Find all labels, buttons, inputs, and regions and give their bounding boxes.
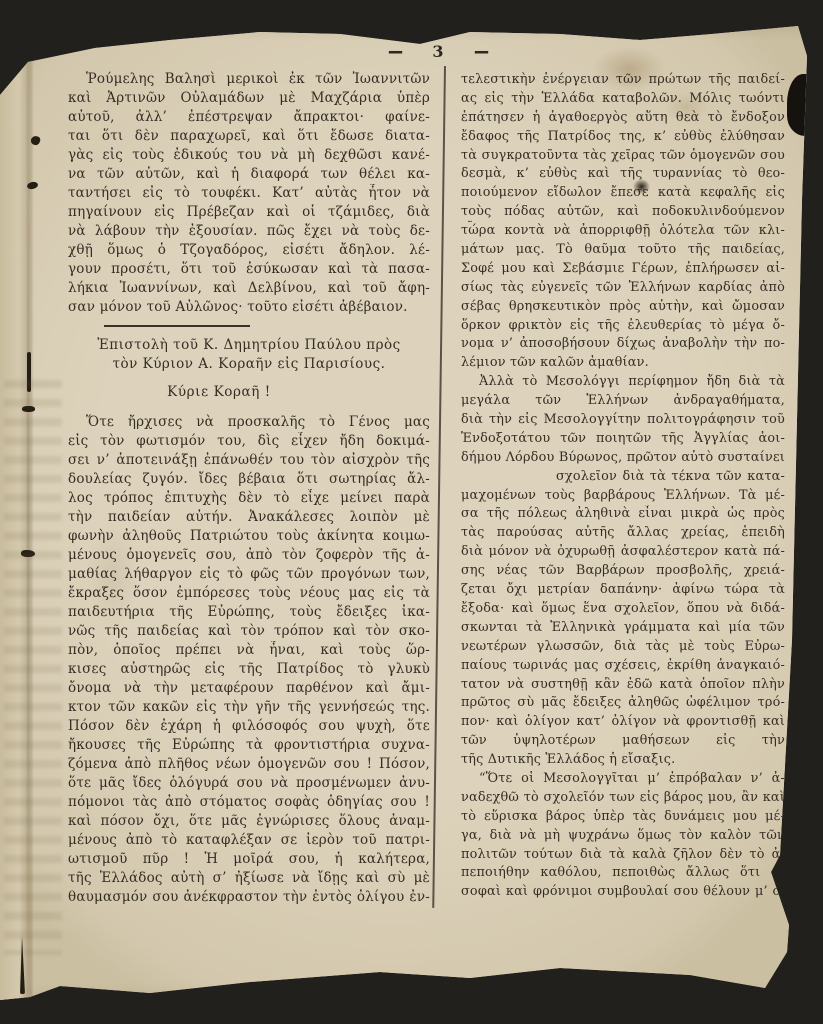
text-line: τατον νὰ συστηθῇ κἂν ἐδῶ κατὰ ὁποῖον πλὴ…: [461, 676, 785, 695]
text-line: γουν προσέτι, ὅτι τοῦ ἐσύκωσαν καὶ τὰ πα…: [68, 260, 430, 279]
text-line: τῆς Ἑλλάδος αὐτὴ σ’ ἠξίωσε νὰ ἴδῃς καὶ σ…: [68, 869, 430, 888]
text-line: παιδευτήρια τῆς Εὐρώπης, τοὺς ἔδειξες ἱκ…: [68, 603, 430, 622]
text-line: τὰς παρούσας αὐτῆς ἄλλας χρείας, ἐπειδὴ: [461, 524, 785, 543]
text-line: δεσμὰ, κ’ εὐθὺς καὶ τῆς τυραννίας τὸ θεο…: [461, 165, 785, 184]
text-line: νῶς τῆς παιδείας καὶ τὸν τρόπον καὶ τὸν …: [68, 622, 430, 641]
left-paragraph-1: Ῥούμελης Βαλησὶ μερικοὶ ἐκ τῶν Ἰωαννιτῶν…: [68, 70, 430, 317]
text-line: φωνὴν ἀληθοῦς Πατριώτου τοὺς ἀκίνητα κοι…: [68, 527, 430, 546]
text-line: νομα ν’ ἀποσοβήσουν δίχως ἀναβολὴν τὴν π…: [461, 335, 785, 354]
page-number-dash-left: —: [388, 38, 402, 63]
text-line: πὸν, ὁποῖος πρέπει νὰ ἦναι, καὶ τοὺς ὥρ-: [68, 641, 430, 660]
right-paragraph-1: τελεστικὴν ἐνέργειαν τῶν πρώτων τῆς παιδ…: [461, 71, 785, 373]
right-paragraph-3: “Ὅτε οἱ Μεσολογγῖται μ’ ἐπρόβαλαν ν’ ἀ-ν…: [461, 770, 785, 902]
text-line: ἐπάτησεν ἡ ἀγαθοεργὸς αὕτη θεὰ τὸ ἔνδοξο…: [461, 109, 785, 128]
column-divider-rule: [432, 66, 446, 908]
text-line: μαχομένων τοὺς βαρβάρους Ἑλλήνων. Τὰ μέ-: [461, 487, 785, 506]
text-line: τῆς Δυτικῆς Ἑλλάδος ἡ εἴσαξις.: [461, 751, 785, 770]
text-line: ας εἰς τὴν Ἑλλάδα καταβολῶν. Μόλις τωόντ…: [461, 90, 785, 109]
text-line: γα, διὰ νὰ μὴ ψυχράνω ὅμως τὸν καλὸν τῶν: [461, 827, 785, 846]
text-line: σοφαὶ καὶ φρόνιμοι συμβουλαί σου θέλουν …: [461, 883, 785, 902]
page-number-dash-right: —: [474, 38, 488, 63]
text-line: Ῥούμελης Βαλησὶ μερικοὶ ἐκ τῶν Ἰωαννιτῶν: [68, 70, 430, 89]
text-line: λος τρόπος ἐπιτυχὴς δὲν τὸ εἶχε μείνει π…: [68, 489, 430, 508]
text-line: μένους ἀπὸ τὸ καταφλέξαν σε ἱερὸν τοῦ πα…: [68, 831, 430, 850]
text-line: διὰ τὴν εἰς Μεσολογγίτην πολιτογράφησιν …: [461, 411, 785, 430]
text-line: ἔξοδα· καὶ ὅμως ἕνα σχολεῖον, ὅπου νὰ δι…: [461, 600, 785, 619]
text-line: κτον τῶν κακῶν εἰς τὴν γῆν τῆς γεννήσεώς…: [68, 698, 430, 717]
text-line: ναδεχθῶ τὸ σχολεῖόν των εἰς βάρος μου, ἂ…: [461, 789, 785, 808]
text-line: πεποιήθην καθόλου, πεποιθὼς ἄλλως ὅτι αἱ: [461, 864, 785, 883]
text-line: πον· καὶ ὀλίγον κατ’ ὀλίγον νὰ φροντισθῇ…: [461, 713, 785, 732]
letter-heading: Ἐπιστολὴ τοῦ Κ. Δημητρίου Παύλου πρὸςτὸν…: [68, 336, 430, 374]
text-line: χθῇ ὅμως ὁ Τζογαδόρος, εἰσέτι ἄδηλον. λέ…: [68, 241, 430, 260]
text-line: ζεται ὄχι μετρίαν δαπάνην· ἀφίνω τώρα τὰ…: [461, 581, 785, 600]
text-line: σαν μόνον τοῦ Αὐλῶνος· τοῦτο εἰσέτι ἀβέβ…: [68, 298, 430, 317]
text-line: Πόσον δὲν ἐχάρη ἡ φιλόσοφός σου ψυχὴ, ὅτ…: [68, 717, 430, 736]
text-line: θαυμασμόν σου ἀνέκφραστον τὴν ἐντὸς ὀλίγ…: [68, 888, 430, 907]
text-line: πόμονοι τὰς ἀπὸ στόματος σοφὰς ὁδηγίας σ…: [68, 793, 430, 812]
text-line: σκωνται τὰ Ἑλληνικὰ γράμματα καὶ μία τῶν: [461, 619, 785, 638]
text-line: σίως τὰς εὐγενεῖς τῶν Ἑλλήνων καρδίας ἀπ…: [461, 279, 785, 298]
text-line: μάτων μας. Τὸ θαῦμα τοῦτο τῆς παιδείας,: [461, 241, 785, 260]
text-line: σα τῆς πόλεως ἀληθινὰ εἶναι μικρὰ ὡς πρὸ…: [461, 505, 785, 524]
text-line: δουλείας ζυγόν. ἴδες βέβαια ὅτι σωτηρίας…: [68, 470, 430, 489]
text-line: σχολεῖον διὰ τὰ τέκνα τῶν κατα-: [461, 468, 785, 487]
text-line: καὶ Ἀρτινῶν Οὐλαμάδων μὲ Μαχζάρια ὑπὲρ: [68, 89, 430, 108]
show-through-text: [4, 380, 62, 955]
text-line: δήμου Λόρδου Βύρωνος, πρῶτον αὐτὸ συσταί…: [461, 449, 785, 468]
text-line: τελεστικὴν ἐνέργειαν τῶν πρώτων τῆς παιδ…: [461, 71, 785, 90]
binding-stitch: [26, 181, 38, 190]
text-line: μαθίας λήθαργον εἰς τὸ φῶς τῶν προγόνων …: [68, 565, 430, 584]
text-line: λήκια Ἰωαννίνων, καὶ Δελβίνου, καὶ τοῦ ἄ…: [68, 279, 430, 298]
text-line: διὰ μόνον νὰ ὀχυρωθῇ ἀσφαλέστερον κατὰ π…: [461, 543, 785, 562]
page-header: — 3 —: [388, 41, 488, 61]
page-number: 3: [432, 42, 443, 61]
text-line: λέμιον τῶν καλῶν ἀμαθίαν.: [461, 354, 785, 373]
text-line: τὸ εὕρισκα βάρος ὑπὲρ τὰς δυνάμεις μου μ…: [461, 808, 785, 827]
text-line: ωτισμοῦ πῦρ ! Ἡ μοῖρά σου, ἡ καλήτερα,: [68, 850, 430, 869]
text-line: εἰς τὸν φωτισμόν του, δὶς εἶχεν ἤδη δοκι…: [68, 432, 430, 451]
text-line: μένους ὁμογενεῖς σου, ἀπὸ τὸν ζοφερὸν τῆ…: [68, 546, 430, 565]
text-line: νεωτέρων γλωσσῶν, διὰ τὰς μὲ τοὺς Εὐρω-: [461, 638, 785, 657]
text-line: ὅτε μᾶς ἴδες ὁλόγυρά σου νὰ προσμένωμεν …: [68, 774, 430, 793]
text-line: νὰ λάβουν τὴν ἐξουσίαν. πῶς ἔχει νὰ τοὺς…: [68, 222, 430, 241]
left-paragraph-2: Ὅτε ἤρχισες νὰ προσκαλῆς τὸ Γένος μαςεἰς…: [68, 413, 430, 907]
text-line: κισες αὐστηρῶς εἰς τῆς Πατρίδος τὸ γλυκὺ: [68, 660, 430, 679]
text-line: ἔκραξες ὅσον ἐμπόρεσες τοὺς νέους μας εἰ…: [68, 584, 430, 603]
text-line: Σοφέ μου καὶ Σεβάσμιε Γέρων, ἐπλήρωσεν α…: [461, 260, 785, 279]
text-line: ὅρκον φρικτὸν εἰς τῆς ἐλευθερίας τὸ μέγα…: [461, 317, 785, 336]
text-line: ται ὅτι δὲν παραχωρεῖ, καὶ ὅτι ἔδωσε δια…: [68, 127, 430, 146]
text-line: σέβας θρησκευτικὸν πρὸς αὐτὴν, καὶ ὤμοσα…: [461, 298, 785, 317]
text-line: μεγάλα τῶν Ἑλλήνων ἀνδραγαθήματα, γνωστὸ…: [461, 392, 785, 411]
text-line: τώρα κοντὰ νὰ ἀπορριφθῇ ὁλότελα τῶν κλι-: [461, 222, 785, 241]
letter-salutation: Κύριε Κοραῆ !: [38, 383, 400, 402]
left-column: Ῥούμελης Βαλησὶ μερικοὶ ἐκ τῶν Ἰωαννιτῶν…: [68, 70, 430, 907]
text-line: τὴν παιδείαν αὐτήν. Ἀνακάλεσες λοιπὸν μὲ: [68, 508, 430, 527]
text-line: ποιούμενον εἴδωλον ἔπεσε κατὰ κεφαλῆς εἰ…: [461, 184, 785, 203]
text-line: Ἀλλὰ τὸ Μεσολόγγι περίφημον ἤδη διὰ τὰ: [461, 373, 785, 392]
scanned-page: — 3 — Ῥούμελης Βαλησὶ μερικοὶ ἐκ τῶν Ἰωα…: [0, 0, 823, 1024]
section-divider-rule: [104, 325, 250, 327]
text-line: Ἐπιστολὴ τοῦ Κ. Δημητρίου Παύλου πρὸς: [68, 336, 430, 355]
text-line: τὸν Κύριον Α. Κοραῆν εἰς Παρισίους.: [68, 355, 430, 374]
text-line: να τῶν αὐτῶν, καὶ ἡ διαφορά των θέλει κα…: [68, 165, 430, 184]
text-line: ζόμενα ἀπὸ πλῆθος νέων ὁμογενῶν σου ! Πό…: [68, 755, 430, 774]
text-line: ὄνομα νὰ τὴν μεταφέρουν παρθένον καὶ ἄμι…: [68, 679, 430, 698]
text-line: σης νέας τῶν Βαρβάρων προσβολῆς, χρειά-: [461, 562, 785, 581]
text-line: τὰ συγκρατοῦντα τὰς χεῖρας τῶν ὁμογενῶν …: [461, 147, 785, 166]
right-column: τελεστικὴν ἐνέργειαν τῶν πρώτων τῆς παιδ…: [461, 71, 785, 902]
text-line: παίους τωρινάς μας σχέσεις, ἐκρίθη ἀναγκ…: [461, 657, 785, 676]
text-line: “Ὅτε οἱ Μεσολογγῖται μ’ ἐπρόβαλαν ν’ ἀ-: [461, 770, 785, 789]
right-paragraph-2: Ἀλλὰ τὸ Μεσολόγγι περίφημον ἤδη διὰ τὰμε…: [461, 373, 785, 770]
text-line: τῶν ὑψηλοτέρων μαθήσεων εἰς τὴν πρωτεύου…: [461, 732, 785, 751]
edge-ink-blot: [787, 74, 817, 136]
newspaper-page: — 3 — Ῥούμελης Βαλησὶ μερικοὶ ἐκ τῶν Ἰωα…: [0, 0, 823, 1024]
text-line: ἔδαφος τῆς Πατρίδος της, κ’ εὐθὺς ἐλύθησ…: [461, 128, 785, 147]
text-line: γὰς εἰς τοὺς ἐδικούς του νὰ μὴ δεχθῶσι κ…: [68, 146, 430, 165]
text-line: σει ν’ ἀποτεινάξῃ ἐπάνωθέν του τὸν αἰσχρ…: [68, 451, 430, 470]
text-line: πολιτῶν τούτων διὰ τὰ καλὰ ζῆλον δὲν τὸ …: [461, 846, 785, 865]
text-line: Κύριε Κοραῆ !: [38, 383, 400, 402]
text-line: τοὺς πόδας αὐτῶν, καὶ ποδοκυλινδούμενον …: [461, 203, 785, 222]
text-line: ἤκουσες τῆς Εὐρώπης τὰ φροντιστήρια συχν…: [68, 736, 430, 755]
text-line: πηγαίνουν εἰς Πρέβεζαν καὶ οἱ τζάμιδες, …: [68, 203, 430, 222]
text-line: πρῶτος σὺ μᾶς ἔδειξες ἀληθῶς ὠφέλιμον τρ…: [461, 694, 785, 713]
text-line: Ἐνδοξοτάτου τῶν ποιητῶν τῆς Ἀγγλίας ἀοι-: [461, 430, 785, 449]
text-line: καὶ πόσον ὄχι, ὅτε μᾶς ἐγνώρισες ὅλους ἀ…: [68, 812, 430, 831]
text-line: Ὅτε ἤρχισες νὰ προσκαλῆς τὸ Γένος μας: [68, 413, 430, 432]
text-line: ταντήσει εἰς τὸ τουφέκι. Κατ’ αὐτὰς ἦτον…: [68, 184, 430, 203]
text-line: αὐτοῦ, ἀλλ’ ἐπέστρεψαν ἄπρακτοι· φαίνε-: [68, 108, 430, 127]
